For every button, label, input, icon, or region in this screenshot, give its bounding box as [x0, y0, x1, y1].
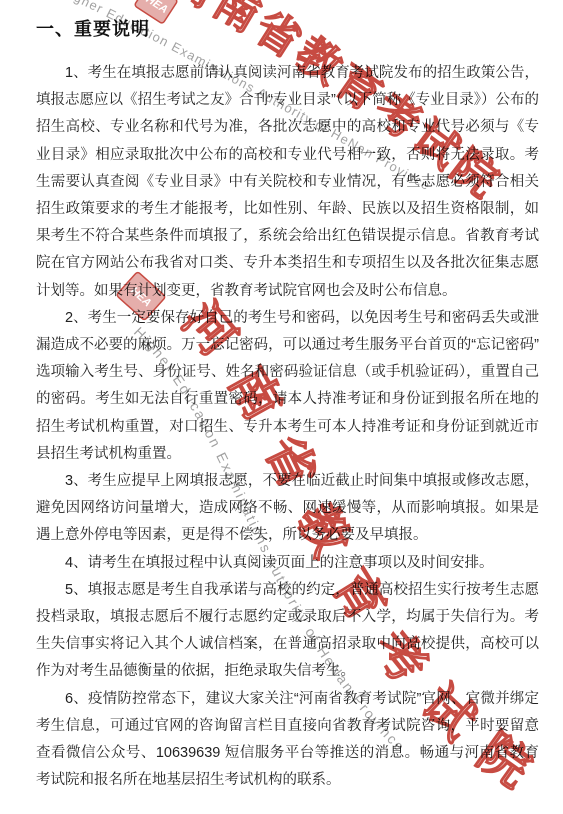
watermark-logo-text-top: HEA: [144, 0, 170, 16]
paragraph-1: 1、考生在填报志愿前请认真阅读河南省教育考试院发布的招生政策公告，填报志愿应以《…: [36, 60, 539, 305]
paragraph-3: 3、考生应提早上网填报志愿，不要在临近截止时间集中填报或修改志愿，避免因网络访问…: [36, 468, 539, 550]
document-body: 一、重要说明 1、考生在填报志愿前请认真阅读河南省教育考试院发布的招生政策公告，…: [36, 16, 539, 794]
paragraph-6: 6、疫情防控常态下，建议大家关注“河南省教育考试院”官网、官微并绑定考生信息，可…: [36, 686, 539, 795]
paragraph-2: 2、考生一定要保存好自己的考生号和密码，以免因考生号和密码丢失或泄漏造成不必要的…: [36, 305, 539, 468]
paragraph-4: 4、请考生在填报过程中认真阅读页面上的注意事项以及时间安排。: [36, 550, 539, 577]
page: { "document": { "title": "一、重要说明", "para…: [0, 0, 563, 814]
section-title: 一、重要说明: [36, 16, 539, 42]
paragraph-5: 5、填报志愿是考生自我承诺与高校的约定，普通高校招生实行按考生志愿投档录取，填报…: [36, 577, 539, 686]
